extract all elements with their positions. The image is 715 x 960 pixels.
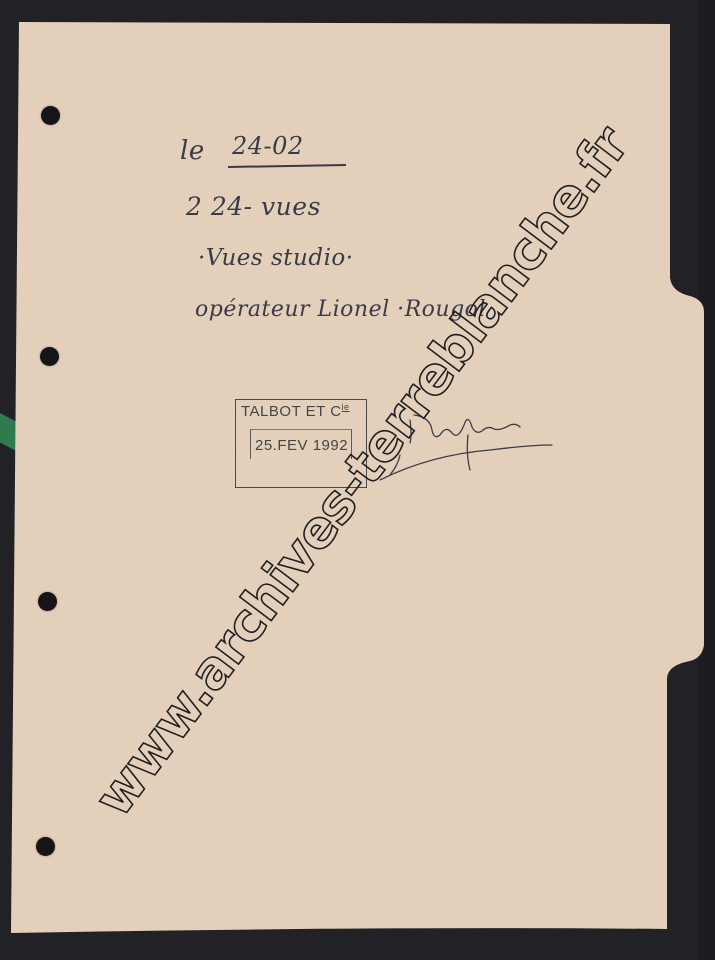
stamp-date: 25.FEV 1992 xyxy=(255,437,348,454)
punch-hole-1 xyxy=(41,106,60,125)
note-studio-views: ·Vues studio· xyxy=(198,245,354,271)
stamp-company: TALBOT ET Cie xyxy=(241,402,350,420)
note-count-views: 2 24- vues xyxy=(186,192,321,221)
note-date: 24-02 xyxy=(232,132,304,160)
punch-hole-2 xyxy=(40,347,59,366)
note-date-prefix: le xyxy=(180,136,205,166)
punch-hole-3 xyxy=(38,592,57,611)
punch-hole-4 xyxy=(36,837,55,856)
